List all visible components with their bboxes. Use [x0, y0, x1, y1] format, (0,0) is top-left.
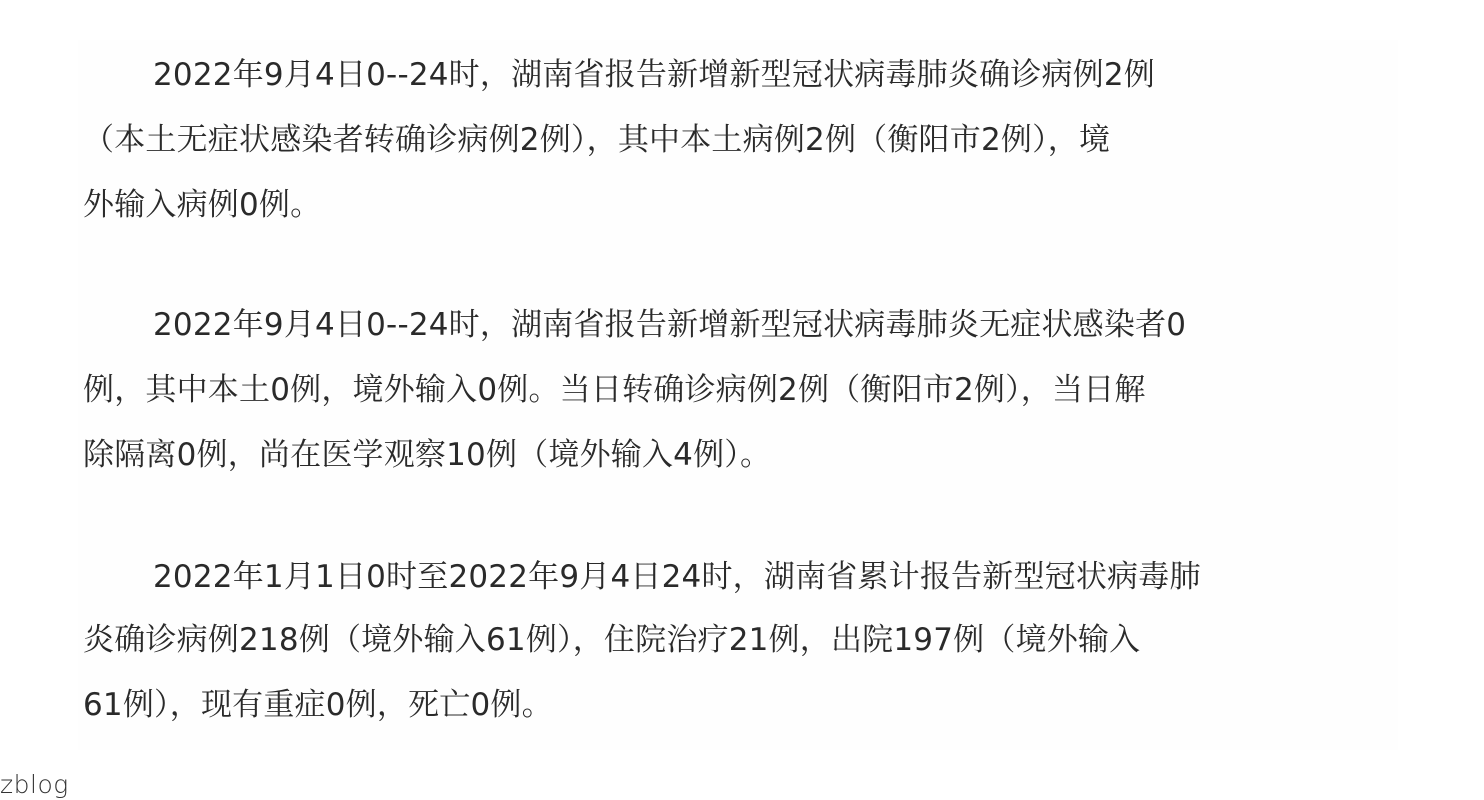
paragraph-1-line-2: （本土无症状感染者转确诊病例2例），其中本土病例2例（衡阳市2例），境 — [83, 120, 1110, 160]
paragraph-2-line-2: 例，其中本土0例，境外输入0例。当日转确诊病例2例（衡阳市2例），当日解 — [83, 370, 1146, 410]
paragraph-3-line-3: 61例），现有重症0例，死亡0例。 — [83, 685, 553, 725]
paragraph-3-line-2: 炎确诊病例218例（境外输入61例），住院治疗21例，出院197例（境外输入 — [83, 620, 1140, 660]
paragraph-2-line-3: 除隔离0例，尚在医学观察10例（境外输入4例）。 — [83, 435, 771, 475]
paragraph-2-line-1: 2022年9月4日0--24时，湖南省报告新增新型冠状病毒肺炎无症状感染者0 — [153, 305, 1186, 345]
watermark-text: zblog — [0, 770, 69, 800]
article-body: 2022年9月4日0--24时，湖南省报告新增新型冠状病毒肺炎确诊病例2例 （本… — [78, 40, 1398, 750]
paragraph-1-line-3: 外输入病例0例。 — [83, 185, 321, 225]
paragraph-1-line-1: 2022年9月4日0--24时，湖南省报告新增新型冠状病毒肺炎确诊病例2例 — [153, 55, 1155, 95]
paragraph-3-line-1: 2022年1月1日0时至2022年9月4日24时，湖南省累计报告新型冠状病毒肺 — [153, 557, 1201, 597]
